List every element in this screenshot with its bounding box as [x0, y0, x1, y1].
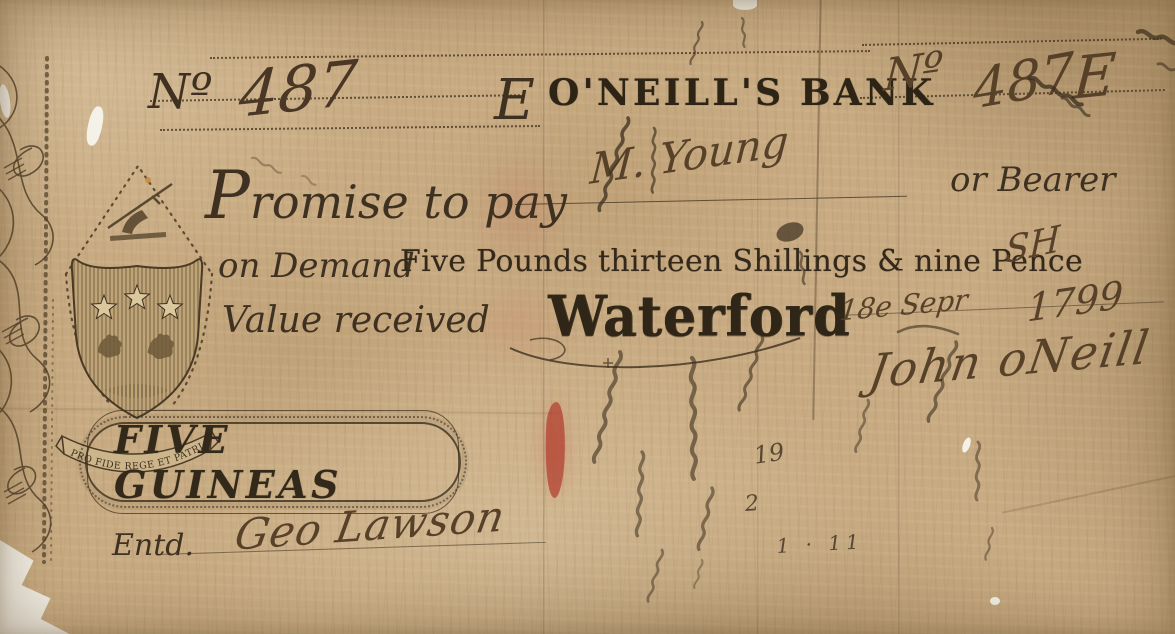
endorsement-number-2: 2	[744, 491, 760, 517]
endorsement-number-19: 19	[752, 438, 786, 470]
endorsement-number-1-11: 1 · 11	[776, 529, 864, 558]
banknote-scan: PRO FIDE REGE ET PATRIA PUGNO Nº 487 E O…	[0, 0, 1175, 634]
endorsement-scribbles	[0, 0, 1175, 634]
